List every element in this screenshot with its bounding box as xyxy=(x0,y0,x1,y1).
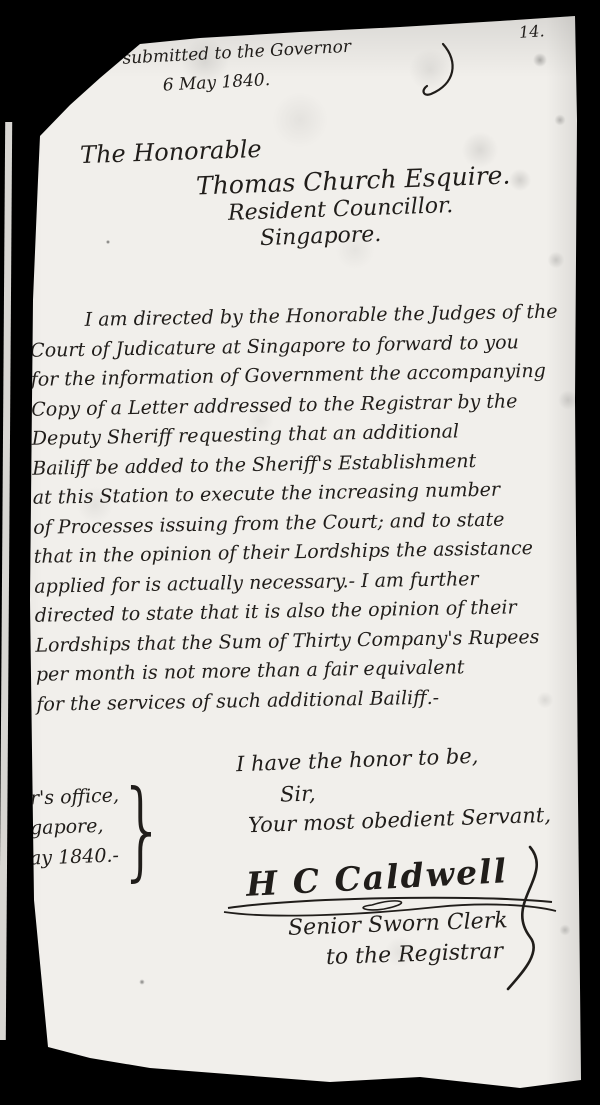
recipient-name: Thomas Church Esquire. xyxy=(196,161,511,201)
signature-title-line2: to the Registrar xyxy=(326,939,504,970)
copy-annotation-date: 6 May 1840. xyxy=(162,66,353,96)
margin-office-line: r's office, xyxy=(30,784,120,809)
page-number: 14. xyxy=(518,21,545,42)
closing-line1: I have the honor to be, xyxy=(236,744,479,776)
adjacent-page-edge xyxy=(0,122,12,1040)
margin-brace: } xyxy=(118,768,167,893)
copy-annotation: Copy submitted to the Governor 6 May 184… xyxy=(73,37,353,100)
recipient-place: Singapore. xyxy=(260,222,382,251)
letter-paper: Copy submitted to the Governor 6 May 184… xyxy=(0,0,600,1105)
margin-date-line: ay 1840.- xyxy=(30,844,120,869)
scanned-letter-page: { "colors": { "background": "#000000", "… xyxy=(0,0,600,1105)
copy-annotation-line1: Copy submitted to the Governor xyxy=(73,37,352,72)
flourish-mark xyxy=(415,40,463,100)
letter-body: I am directed by the Honorable the Judge… xyxy=(29,297,584,720)
closing-brace-flourish xyxy=(496,845,558,995)
closing-line3: Your most obedient Servant, xyxy=(248,803,552,838)
margin-place-line: gapore, xyxy=(30,815,104,840)
closing-line2: Sir, xyxy=(280,781,316,806)
recipient-honorific: The Honorable xyxy=(80,135,262,169)
